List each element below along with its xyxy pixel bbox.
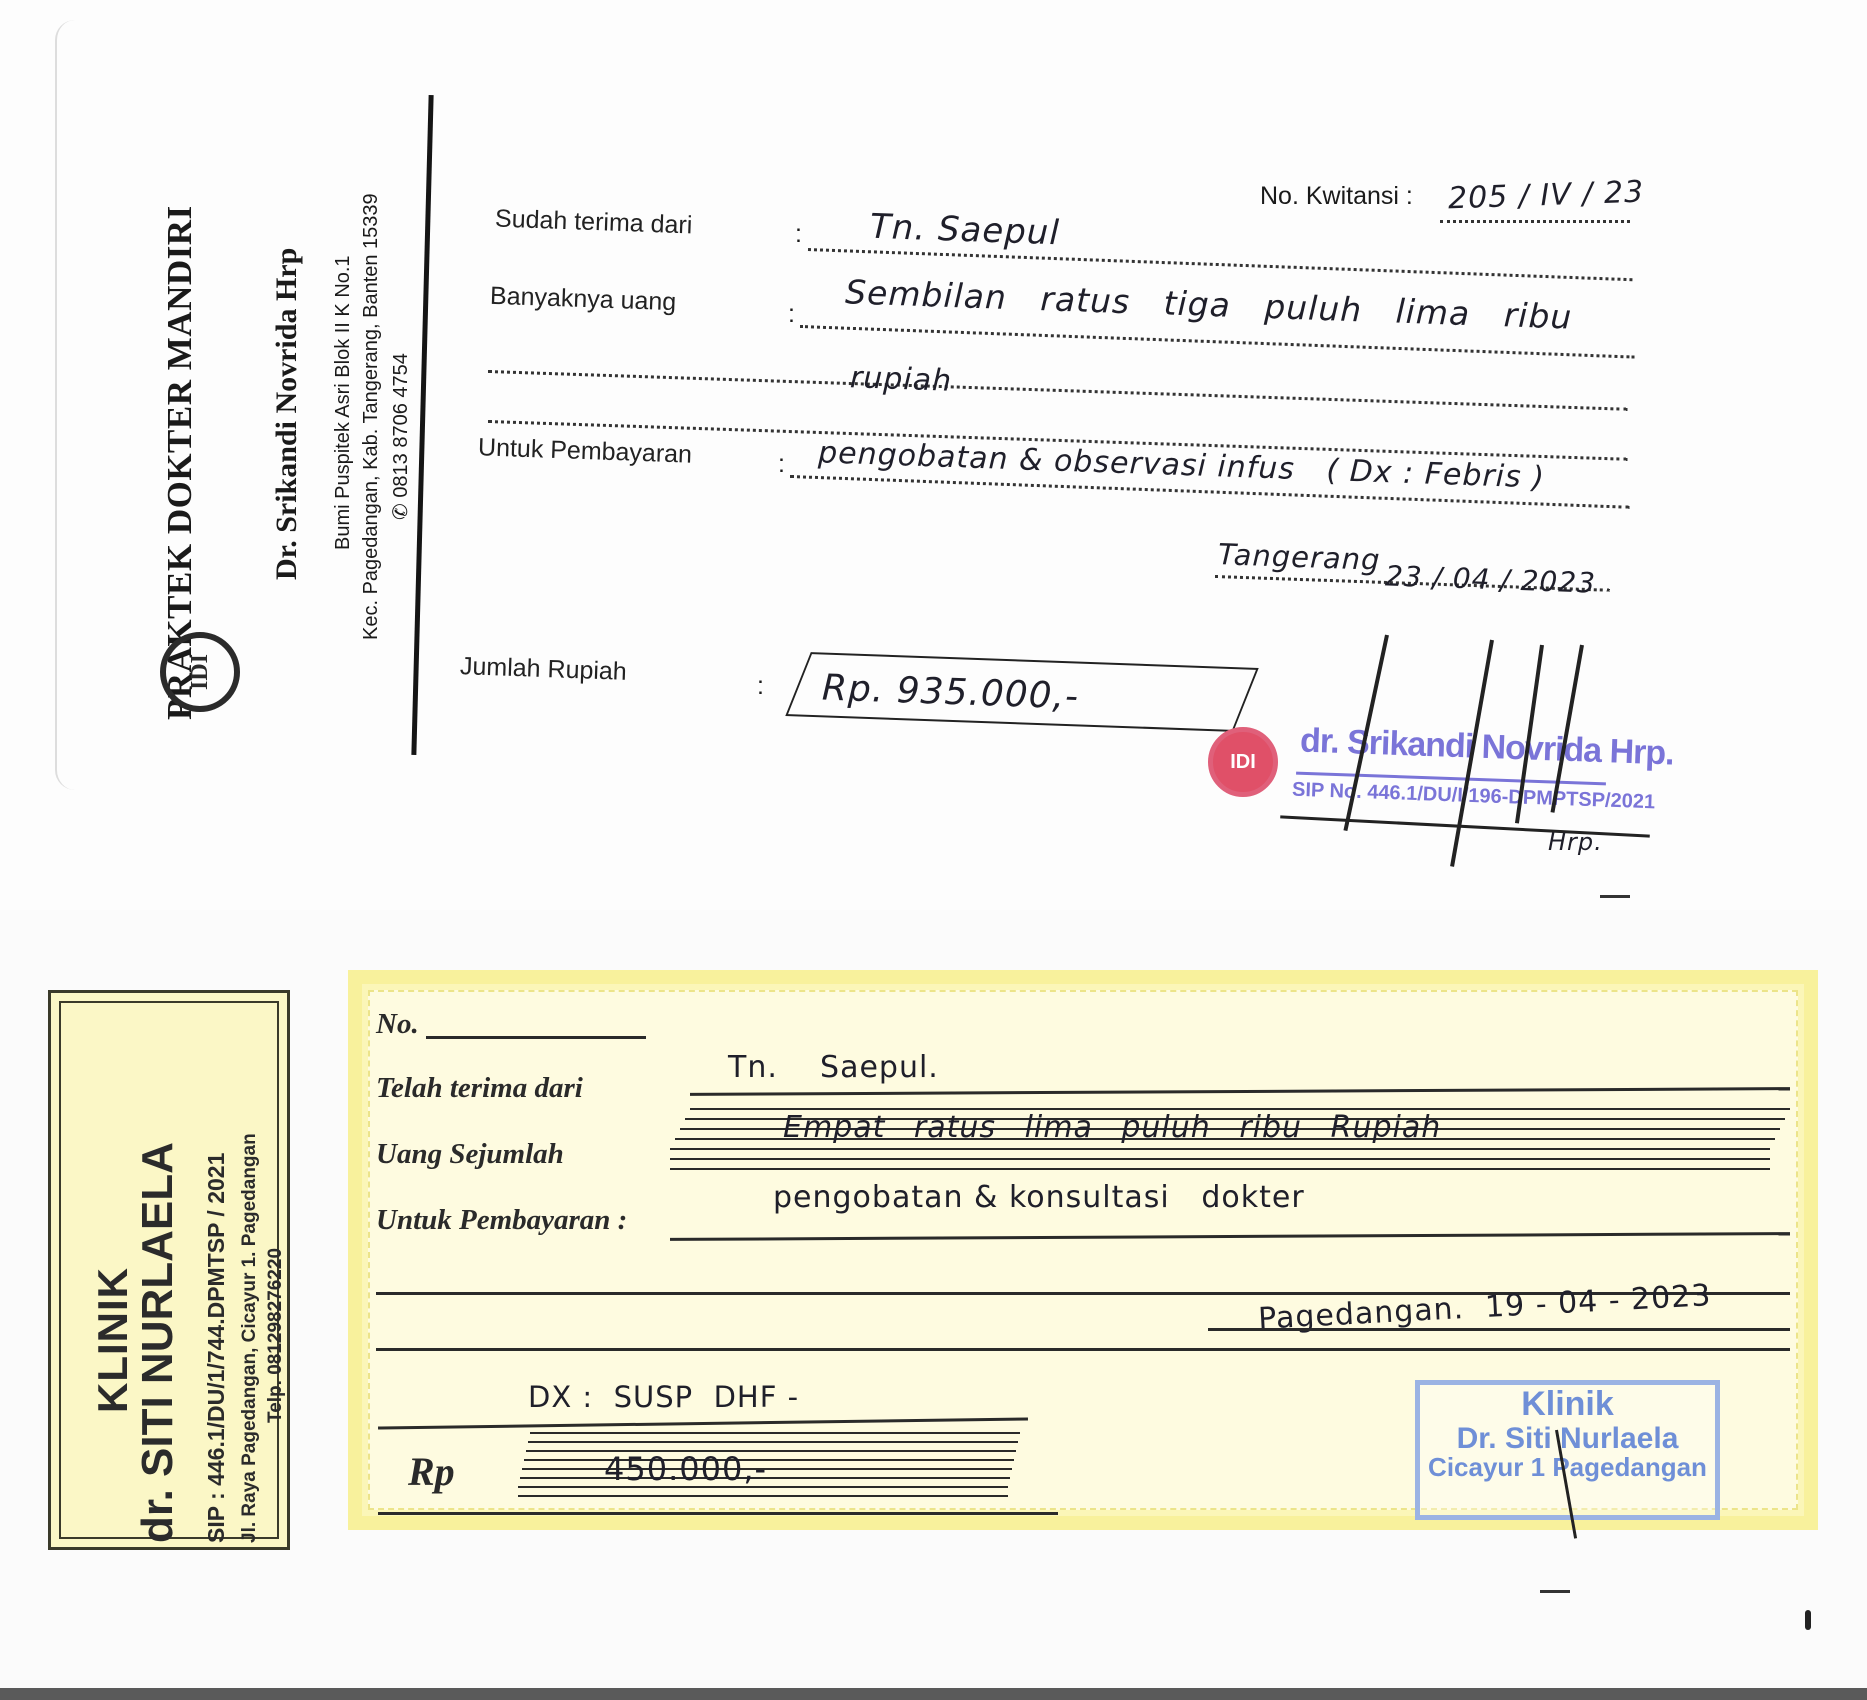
address-line-1: Bumi Puspitek Asri Blok II K No.1	[332, 255, 355, 550]
amount-value[interactable]: 450.000,-	[604, 1450, 767, 1488]
diagnosis-note: DX : SUSP DHF -	[528, 1380, 799, 1414]
field-amount-words-value[interactable]: Sembilan ratus tiga puluh lima ribu	[845, 272, 1573, 336]
receipt-no-dotline	[1440, 220, 1630, 223]
receipt-no-value[interactable]: 205 / IV / 23	[1447, 175, 1644, 217]
field-payment-for-value[interactable]: pengobatan & konsultasi dokter	[773, 1180, 1305, 1215]
field-received-from-label: Telah terima dari	[376, 1072, 583, 1105]
field-received-from-label: Sudah terima dari	[495, 205, 693, 241]
colon: :	[795, 220, 802, 249]
side-header-frame: KLINIK dr. SITI NURLAELA SIP : 446.1/DU/…	[59, 1001, 279, 1539]
field-amount-words-value-line2[interactable]: rupiah	[849, 360, 952, 399]
clinic-side-header: KLINIK dr. SITI NURLAELA SIP : 446.1/DU/…	[48, 990, 290, 1550]
scan-mark	[1805, 1610, 1811, 1630]
receipt-praktek-dokter-mandiri: PRAKTEK DOKTER MANDIRI Dr. Srikandi Novr…	[0, 0, 1867, 910]
receipt-no-label: No.	[376, 1008, 419, 1041]
line	[1208, 1328, 1790, 1331]
field-payment-for-label: Untuk Pembayaran	[478, 433, 693, 469]
dotline	[488, 370, 1627, 411]
colon: :	[757, 672, 764, 701]
idi-logo-icon: IDI	[160, 632, 240, 712]
clinic-doctor-name: dr. SITI NURLAELA	[133, 1142, 183, 1543]
field-payment-for-label: Untuk Pembayaran :	[376, 1204, 627, 1237]
date[interactable]: 23 / 04 / 2023	[1384, 559, 1596, 599]
scanner-edge	[0, 1688, 1867, 1700]
stamp-line-1: Klinik	[1420, 1387, 1715, 1423]
total-label: Jumlah Rupiah	[460, 652, 628, 687]
field-received-from-value[interactable]: Tn. Saepul	[869, 207, 1060, 254]
field-received-from-value[interactable]: Tn. Saepul.	[728, 1050, 939, 1085]
stamp-line-2: Dr. Siti Nurlaela	[1420, 1423, 1715, 1455]
clinic-phone: Telp. 081298276220	[265, 1248, 287, 1423]
line	[378, 1512, 1058, 1515]
field-amount-words-label: Banyaknya uang	[490, 282, 677, 317]
field-amount-words-label: Uang Sejumlah	[376, 1138, 564, 1171]
colon: :	[788, 300, 795, 329]
scan-mark	[1600, 895, 1630, 898]
scan-mark	[1540, 1590, 1570, 1593]
clinic-title: KLINIK	[89, 1267, 137, 1413]
address-line-2: Kec. Pagedangan, Kab. Tangerang, Banten …	[360, 193, 383, 640]
field-amount-words-value[interactable]: Empat ratus lima puluh ribu Rupiah	[783, 1110, 1441, 1145]
clinic-sip: SIP : 446.1/DU/1/744.DPMTSP / 2021	[203, 1153, 230, 1543]
receipt-no-label: No. Kwitansi :	[1260, 182, 1413, 211]
signature-note: Hrp.	[1548, 828, 1603, 856]
torn-paper-edge	[55, 20, 97, 790]
stamp-line-3: Cicayur 1 Pagedangan	[1420, 1454, 1715, 1481]
receipt-no-line[interactable]	[426, 1036, 646, 1039]
line	[376, 1348, 1790, 1351]
doctor-stamp-name: dr. Srikandi Novrida Hrp.	[1299, 721, 1674, 773]
place[interactable]: Tangerang	[1217, 537, 1381, 577]
amount-currency-label: Rp	[408, 1448, 455, 1495]
amount-lines	[518, 1432, 1048, 1522]
doctor-name: Dr. Srikandi Novrida Hrp	[270, 248, 304, 580]
clinic-address: Jl. Raya Pagedangan, Cicayur 1. Pagedang…	[239, 1133, 261, 1543]
phone-number: ✆ 0813 8706 4754	[388, 353, 413, 520]
colon: :	[778, 450, 785, 479]
idi-stamp-icon: IDI	[1208, 727, 1278, 797]
